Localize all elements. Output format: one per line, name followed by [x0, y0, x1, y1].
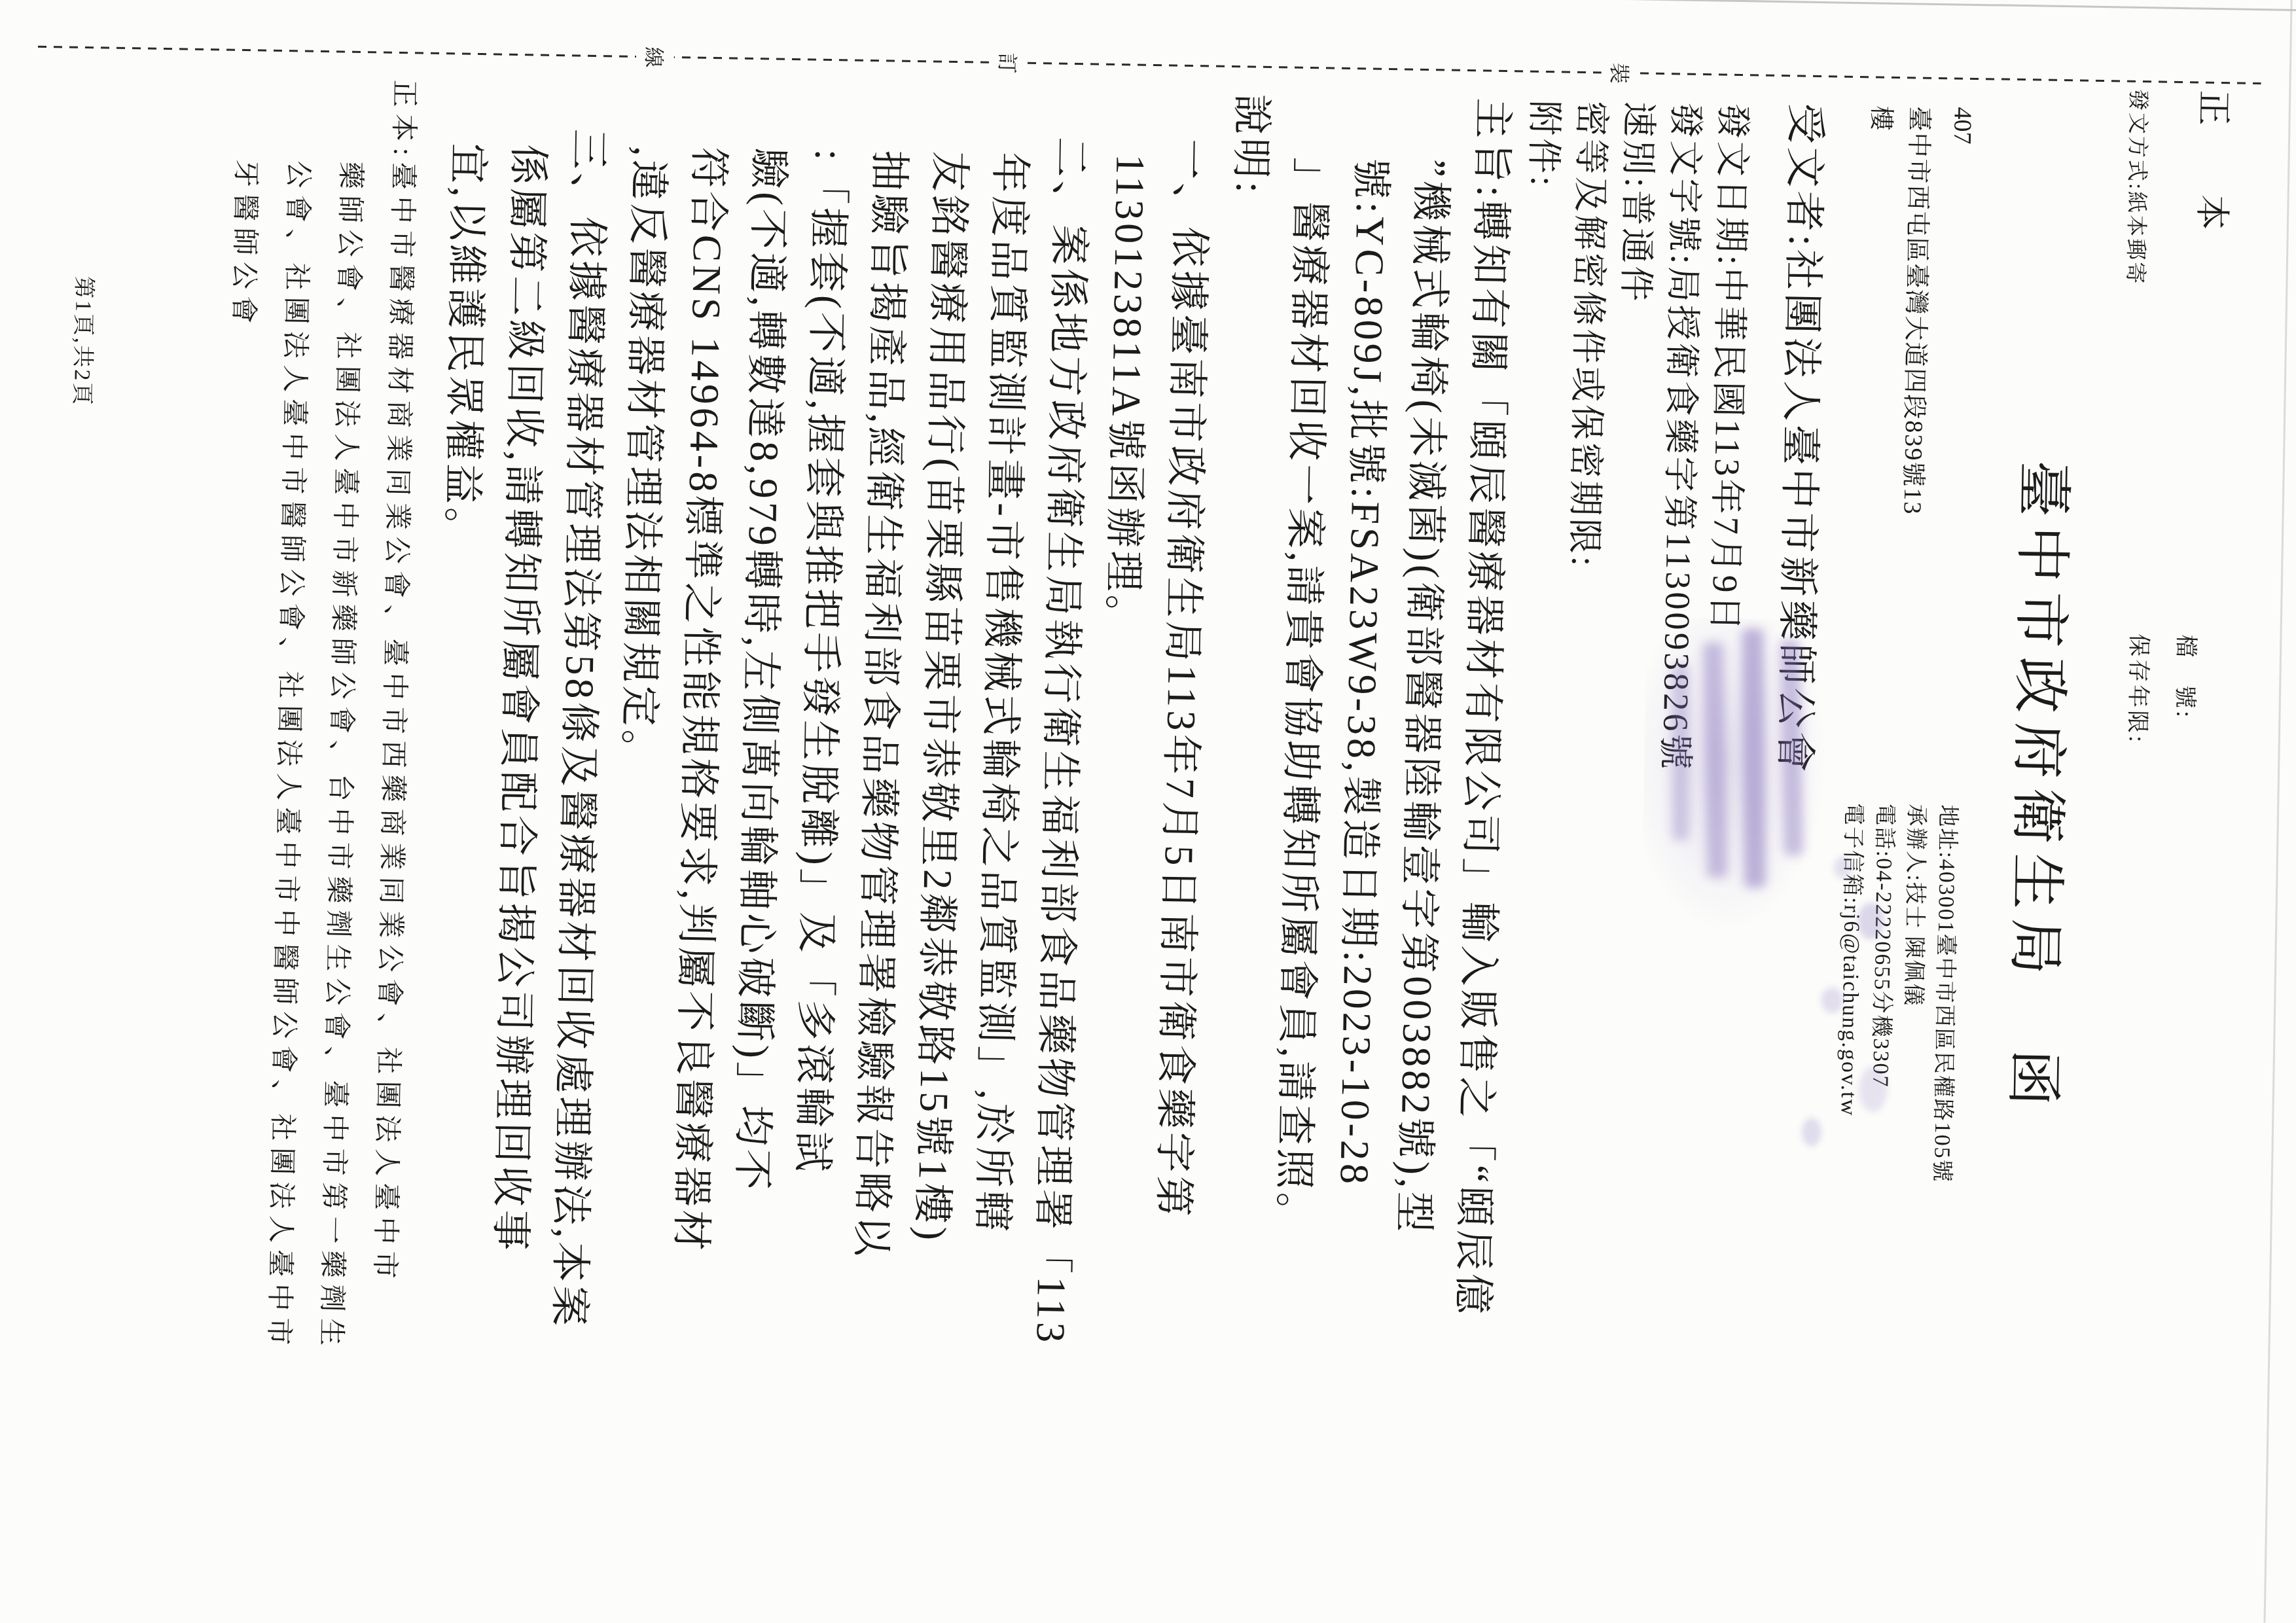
meta-attachment: 附件: — [1521, 99, 1573, 188]
explanation-line: ,違反醫療器材管理法相關規定。 — [613, 146, 682, 774]
meta-speed: 速別:普通件 — [1613, 101, 1667, 304]
binding-char-xian: 線 — [636, 41, 674, 74]
scanned-page: 裝 訂 線 正 本 發文方式:紙本郵寄 檔 號: 保存年限: 臺中市政府衛生局 … — [0, 0, 2296, 1623]
retention-period-label: 保存年限: — [2123, 633, 2157, 745]
paper-edge-top — [2264, 0, 2293, 1623]
binding-char-zhuang: 裝 — [1601, 56, 1640, 90]
recipient-line: 受文者:社團法人臺中市新藥師公會 — [1769, 103, 1839, 776]
recipient-street2: 樓 — [1865, 105, 1902, 131]
contact-email: 電子信箱:rj6@taichung.gov.tw — [1831, 803, 1869, 1182]
explanation-line: 宜,以維護民眾權益。 — [436, 143, 501, 552]
document-title: 臺中市政府衛生局 函 — [1990, 0, 2097, 1580]
send-method-label: 發文方式:紙本郵寄 — [2121, 89, 2155, 286]
copy-to-line: 正本:臺中市醫療器材商業同業公會、臺中市西藥商業同業公會、社團法人臺中市 — [367, 80, 427, 1285]
paper-edge-left — [3, 0, 2296, 11]
file-number-label: 檔 號: — [2170, 634, 2204, 721]
explanation-label: 說明: — [1225, 94, 1285, 197]
contact-phone: 電話:04-22220655分機3307 — [1863, 803, 1901, 1182]
copy-to-line: 藥師公會、社團法人臺中市新藥師公會、台中市藥劑生公會、臺中市第一藥劑生 — [314, 161, 372, 1353]
recipient-street: 臺中市西屯區臺灣大道四段839號13 — [1897, 106, 1940, 516]
seal-ink-speck — [1802, 1118, 1822, 1147]
binding-char-ding: 訂 — [989, 46, 1028, 80]
explanation-line: 1130123811A號函辦理。 — [1097, 154, 1163, 639]
contact-block: 地址:403001臺中市西區民權路105號 承辦人:技士 陳佩儀 電話:04-2… — [1831, 803, 1964, 1184]
recipient-zip: 407 — [1948, 107, 1977, 145]
page-number: 第1頁,共2頁 — [68, 276, 102, 407]
document-sheet: 裝 訂 線 正 本 發文方式:紙本郵寄 檔 號: 保存年限: 臺中市政府衛生局 … — [0, 0, 2296, 1623]
copy-to-line: 公會、社團法人臺中市醫師公會、社團法人臺中市中醫師公會、社團法人臺中市 — [261, 160, 320, 1352]
copy-type-label: 正 本 — [2189, 90, 2242, 260]
contact-address: 地址:403001臺中市西區民權路105號 — [1926, 804, 1964, 1183]
portrait-document: 裝 訂 線 正 本 發文方式:紙本郵寄 檔 號: 保存年限: 臺中市政府衛生局 … — [0, 0, 2296, 1623]
seal-blur-row — [1742, 628, 1766, 887]
copy-to-line: 牙醫師公會 — [226, 160, 268, 330]
binding-margin-line — [36, 46, 2261, 84]
seal-blur-row — [1703, 642, 1728, 878]
